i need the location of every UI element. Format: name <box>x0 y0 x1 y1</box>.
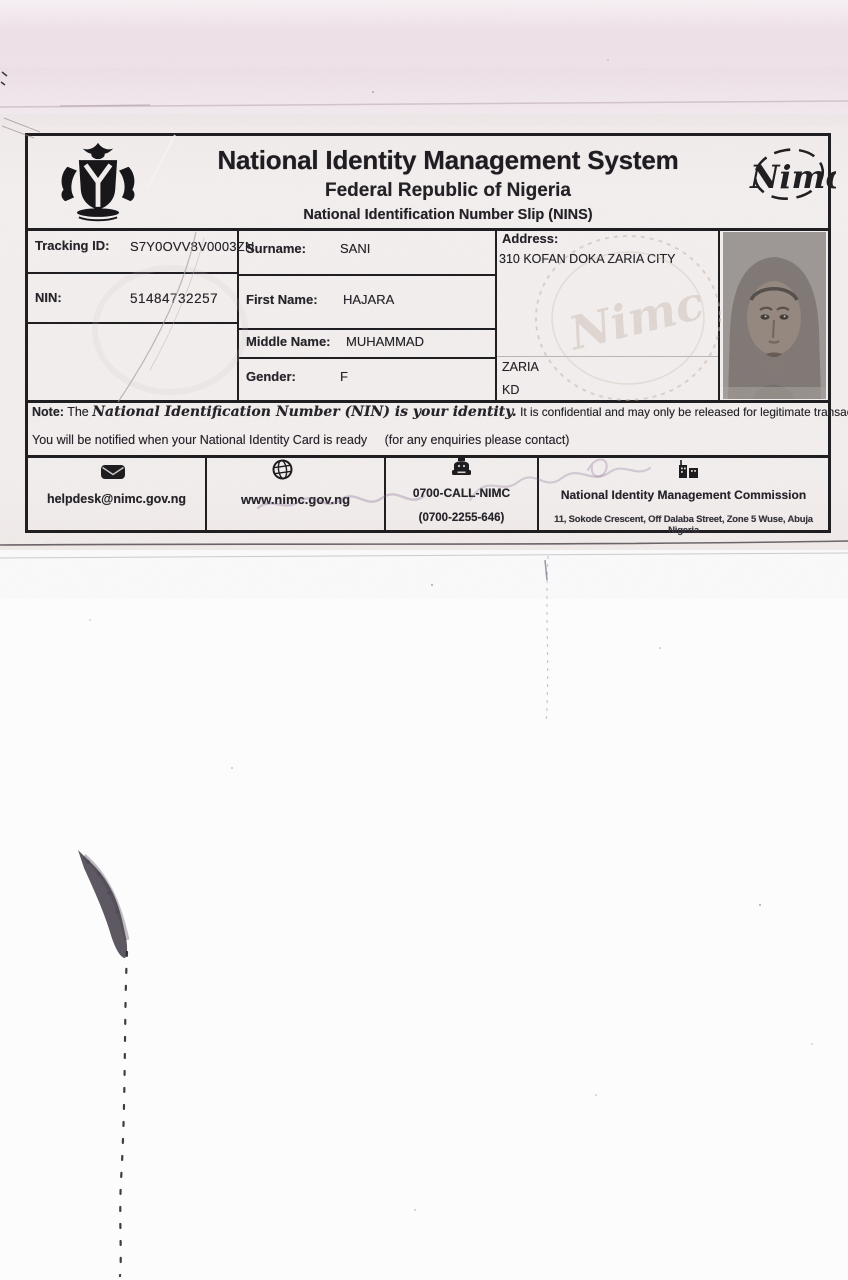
scanned-document: National Identity Management System Fede… <box>0 0 848 1280</box>
middle-name-label: Middle Name: <box>246 335 331 350</box>
table-border-line <box>239 357 495 359</box>
portrait-photo <box>723 232 826 399</box>
envelope-icon <box>100 462 127 482</box>
nimc-logo: Nimc <box>738 146 836 214</box>
note-card-ready: You will be notified when your National … <box>32 433 367 447</box>
gender-value: F <box>340 370 348 385</box>
note-label: Note: <box>32 405 64 419</box>
first-name-label: First Name: <box>246 293 318 308</box>
address-label: Address: <box>502 232 558 247</box>
helpdesk-email: helpdesk@nimc.gov.ng <box>28 492 205 506</box>
tracking-id-value: S7Y0OVV8V0003ZN <box>130 240 254 255</box>
page-title: National Identity Management System <box>168 145 728 176</box>
table-border-line <box>239 274 495 276</box>
globe-icon <box>271 458 294 481</box>
table-border-line <box>28 228 828 231</box>
address-value: 310 KOFAN DOKA ZARIA CITY <box>499 252 675 266</box>
nin-slip: National Identity Management System Fede… <box>25 133 831 533</box>
gender-label: Gender: <box>246 370 296 385</box>
middle-name-value: MUHAMMAD <box>346 335 424 350</box>
table-border-line <box>497 356 718 357</box>
note-lead-in: The <box>67 405 89 419</box>
org-address: 11, Sokode Crescent, Off Dalaba Street, … <box>539 514 828 536</box>
table-border-line <box>28 400 828 403</box>
phone-name: 0700-CALL-NIMC <box>386 486 537 500</box>
slip-title: National Identification Number Slip (NIN… <box>168 207 728 223</box>
website-url: www.nimc.gov.ng <box>207 492 384 507</box>
table-border-line <box>28 272 237 274</box>
nimc-logo-text: Nimc <box>749 158 836 196</box>
address-state: KD <box>502 383 519 397</box>
note-text: Note: The National Identification Number… <box>32 404 826 420</box>
table-border-line <box>28 322 237 324</box>
note-confidential: It is confidential and may only be relea… <box>520 405 848 419</box>
note-emphasis: National Identification Number (NIN) is … <box>92 404 516 420</box>
tracking-id-label: Tracking ID: <box>35 239 109 254</box>
address-city: ZARIA <box>502 360 539 374</box>
table-border-line <box>28 455 828 458</box>
first-name-value: HAJARA <box>343 293 394 308</box>
nigeria-coat-of-arms-icon <box>48 140 148 226</box>
surname-value: SANI <box>340 242 370 257</box>
nin-label: NIN: <box>35 291 62 306</box>
header-subtitle: Federal Republic of Nigeria <box>168 180 728 202</box>
org-name: National Identity Management Commission <box>539 488 828 502</box>
surname-label: Surname: <box>246 242 306 257</box>
phone-icon <box>451 456 472 476</box>
table-border-line <box>718 228 720 400</box>
phone-number: (0700-2255-646) <box>386 512 537 524</box>
table-border-line <box>495 228 497 400</box>
nin-value: 51484732257 <box>130 291 218 307</box>
building-icon <box>677 459 700 478</box>
table-border-line <box>239 328 495 330</box>
note-enquiries: (for any enquiries please contact) <box>385 433 570 447</box>
scan-background-top <box>0 0 848 114</box>
note-text-line2: You will be notified when your National … <box>32 433 826 447</box>
